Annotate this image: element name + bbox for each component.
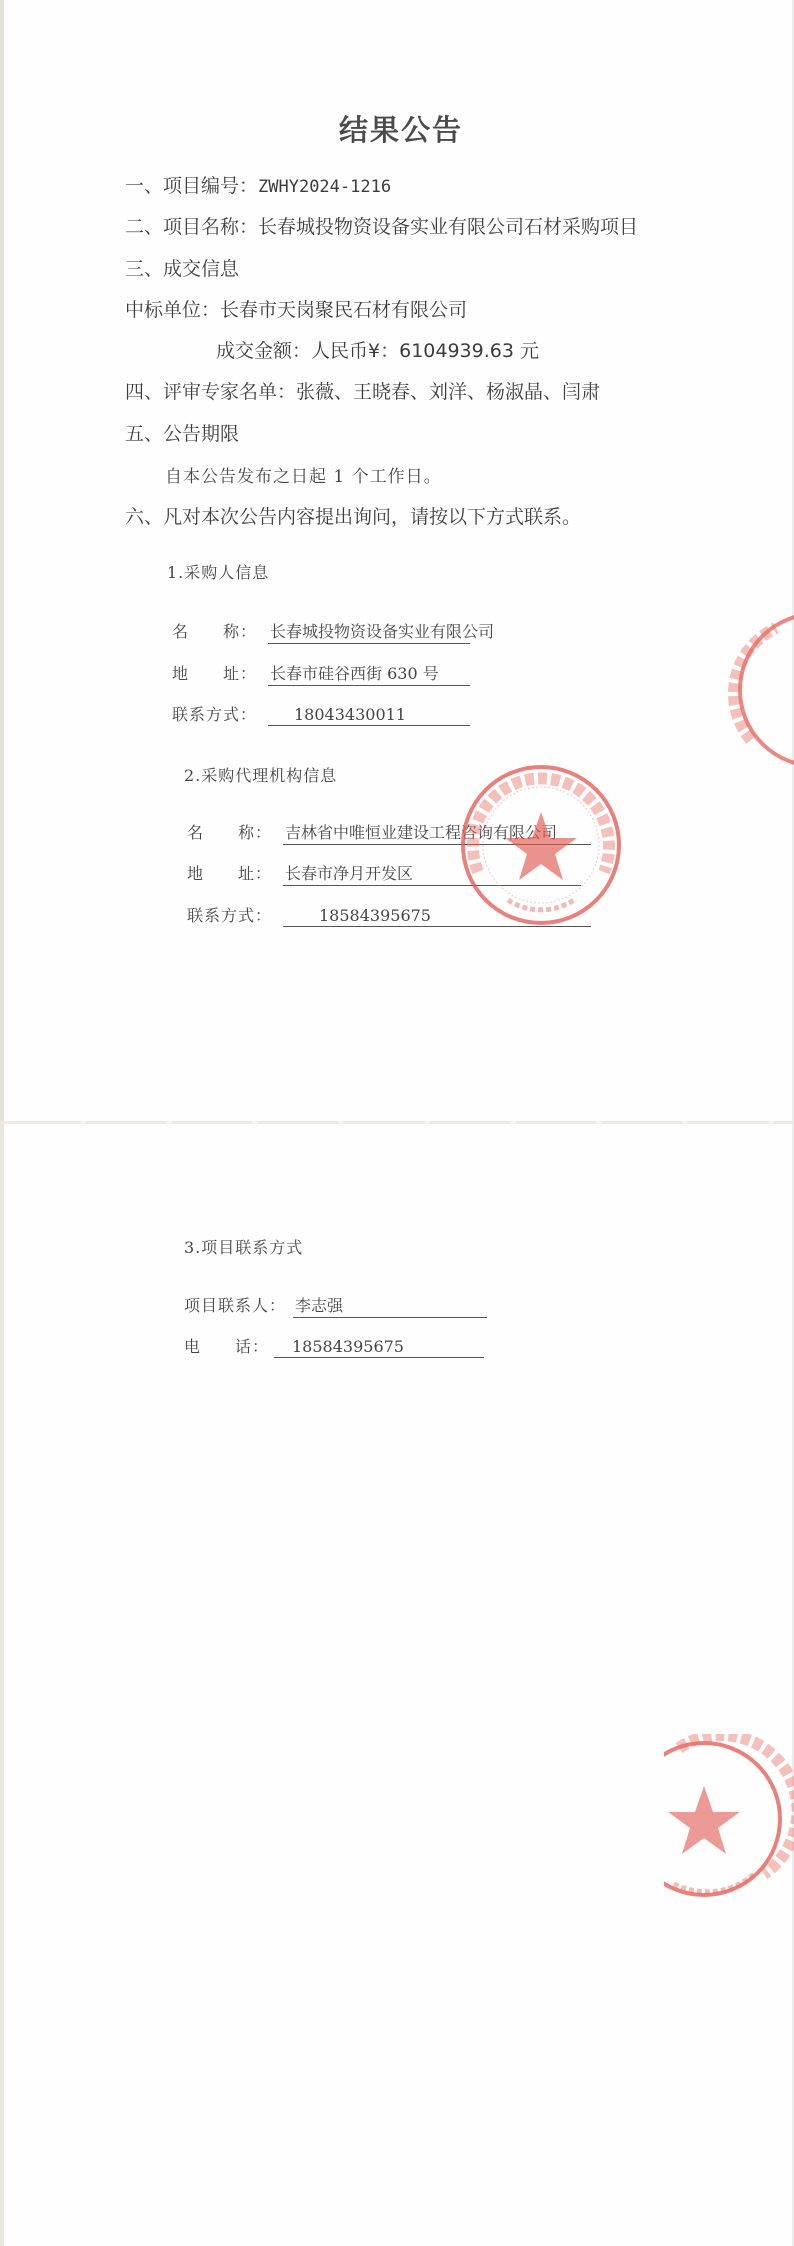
deal-info-heading: 三、成交信息 — [125, 254, 239, 281]
document-title: 结果公告 — [4, 108, 794, 149]
project-number-label: 一、项目编号： — [125, 175, 258, 197]
project-contact-phone-label: 电 话： — [184, 1334, 274, 1357]
project-name-label: 二、项目名称： — [125, 216, 258, 238]
experts-value: 张薇、王晓春、刘洋、杨淑晶、闫肃 — [296, 381, 600, 403]
partial-seal-icon — [716, 610, 794, 770]
experts-line: 四、评审专家名单：张薇、王晓春、刘洋、杨淑晶、闫肃 — [125, 377, 600, 404]
partial-seal-icon — [664, 1734, 794, 1904]
project-number-value: ZWHY2024-1216 — [258, 177, 391, 197]
purchaser-contact-label: 联系方式： — [172, 702, 268, 725]
period-text: 自本公告发布之日起 1 个工作日。 — [165, 462, 442, 487]
project-name-line: 二、项目名称：长春城投物资设备实业有限公司石材采购项目 — [125, 212, 638, 239]
page-2: 3.项目联系方式 项目联系人：李志强 电 话：18584395675 — [0, 1124, 794, 2246]
purchaser-address-label: 地 址： — [172, 661, 268, 684]
agency-name-label: 名 称： — [187, 820, 283, 843]
project-contact-person-label: 项目联系人： — [184, 1293, 293, 1316]
agency-name-value: 吉林省中唯恒业建设工程咨询有限公司 — [283, 820, 591, 845]
project-contact-phone-field: 电 话：18584395675 — [184, 1334, 484, 1358]
agency-address-value: 长春市净月开发区 — [283, 861, 581, 886]
winner-line: 中标单位：长春市天岗聚民石材有限公司 — [125, 295, 467, 322]
project-contact-person-value: 李志强 — [293, 1293, 487, 1318]
agency-heading: 2.采购代理机构信息 — [184, 763, 337, 786]
amount-label: 成交金额： — [216, 340, 311, 362]
agency-address-field: 地 址：长春市净月开发区 — [187, 861, 581, 886]
purchaser-address-field: 地 址：长春市硅谷西街 630 号 — [172, 661, 470, 686]
purchaser-contact-field: 联系方式：18043430011 — [172, 702, 470, 726]
project-number-line: 一、项目编号：ZWHY2024-1216 — [125, 171, 391, 198]
project-contact-phone-value: 18584395675 — [274, 1337, 484, 1358]
agency-address-label: 地 址： — [187, 861, 283, 884]
project-name-value: 长春城投物资设备实业有限公司石材采购项目 — [258, 216, 638, 238]
period-heading: 五、公告期限 — [125, 419, 239, 446]
contact-heading: 六、凡对本次公告内容提出询问，请按以下方式联系。 — [125, 502, 581, 529]
agency-contact-value: 18584395675 — [283, 906, 591, 927]
agency-name-field: 名 称：吉林省中唯恒业建设工程咨询有限公司 — [187, 820, 591, 845]
winner-label: 中标单位： — [125, 299, 220, 321]
agency-contact-field: 联系方式：18584395675 — [187, 903, 591, 927]
agency-contact-label: 联系方式： — [187, 903, 283, 926]
amount-value: 人民币¥：6104939.63 元 — [311, 340, 539, 362]
purchaser-contact-value: 18043430011 — [268, 705, 470, 726]
purchaser-name-label: 名 称： — [172, 619, 268, 642]
project-contact-person-field: 项目联系人：李志强 — [184, 1293, 487, 1318]
project-contact-heading: 3.项目联系方式 — [184, 1235, 303, 1258]
winner-value: 长春市天岗聚民石材有限公司 — [220, 299, 467, 321]
purchaser-heading: 1.采购人信息 — [167, 560, 269, 583]
purchaser-address-value: 长春市硅谷西街 630 号 — [268, 661, 470, 686]
amount-line: 成交金额：人民币¥：6104939.63 元 — [216, 336, 539, 363]
experts-label: 四、评审专家名单： — [125, 381, 296, 403]
purchaser-name-field: 名 称：长春城投物资设备实业有限公司 — [172, 619, 470, 644]
page-1: 结果公告 一、项目编号：ZWHY2024-1216 二、项目名称：长春城投物资设… — [0, 0, 794, 1122]
purchaser-name-value: 长春城投物资设备实业有限公司 — [268, 619, 470, 644]
